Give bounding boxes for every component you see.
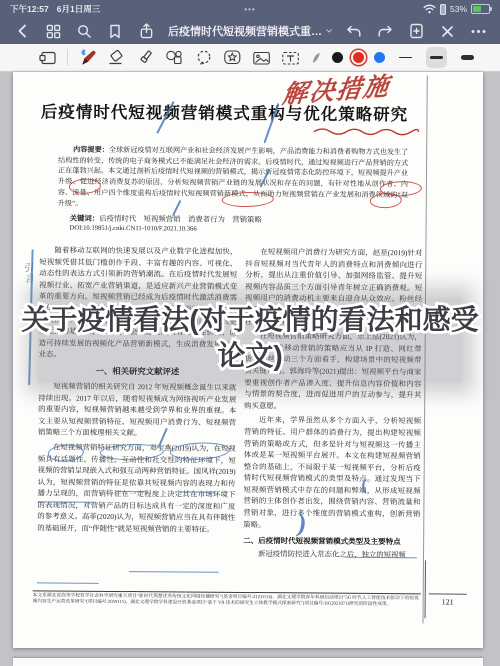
sticker-tool[interactable] <box>223 48 242 68</box>
status-bar: 下午12:57 6月1日周三 ••• 53% <box>0 0 500 18</box>
status-right: 53% <box>423 3 490 15</box>
back-button[interactable] <box>13 22 31 40</box>
paper-title: 后疫情时代短视频营销模式重构与优化策略研究 <box>34 98 414 125</box>
more-button[interactable] <box>469 22 487 40</box>
right-paragraph-4: 新冠疫情防控进入常态化之后，独立的短视频 <box>243 548 420 561</box>
color-blue[interactable] <box>374 52 385 63</box>
right-paragraph-3: 近年来，学界虽然从多个方面入手，分析短视频营销的特征、用户群体的消费行为，提出构… <box>243 414 421 531</box>
color-black[interactable] <box>332 52 343 63</box>
text-tool[interactable] <box>281 48 300 68</box>
red-wavy-underline <box>312 127 420 137</box>
undo-button[interactable] <box>345 22 363 40</box>
toolbar-divider <box>67 49 68 66</box>
thumbnails-grid-button[interactable] <box>44 22 62 40</box>
battery-icon <box>471 4 490 14</box>
ipad-screen: 下午12:57 6月1日周三 ••• 53% 后疫情 <box>0 0 500 666</box>
stroke-medium-selected[interactable] <box>426 47 447 68</box>
search-icon[interactable] <box>75 22 93 40</box>
bookmark-button[interactable] <box>106 22 124 40</box>
pen-tool[interactable] <box>78 48 97 68</box>
wifi-icon <box>423 3 436 15</box>
nib-angle-indicator[interactable] <box>310 48 322 68</box>
keywords-text: 后疫情时代 短视频营销 消费者行为 营销策略 <box>99 214 262 224</box>
redo-button[interactable] <box>376 22 394 40</box>
abstract-text: 全球新冠疫情对互联网产业和社会经济发展产生影响，产品消费能力和消费者购物方式也发… <box>58 146 408 207</box>
highlighter-tool[interactable] <box>136 48 155 68</box>
chevron-down-icon <box>326 28 332 34</box>
lasso-tool[interactable] <box>194 48 213 68</box>
document-canvas[interactable]: 解决措施 引言 后疫情时代短视频营销模式重构与优化策略研究 内容提要：全球新冠疫… <box>0 72 500 666</box>
section-heading-2: 二、后疫情时代短视频营销模式类型及主要特点 <box>243 535 420 547</box>
navigation-toolbar: 后疫情时代短视频营销模式重构与优化策略研究 <box>0 18 500 44</box>
keywords-label: 关键词： <box>70 214 100 223</box>
annotation-toolbar <box>0 44 500 72</box>
page-number: 121 <box>431 597 465 606</box>
document-title-button[interactable]: 后疫情时代短视频营销模式重构与优化策略研究 <box>168 23 332 39</box>
page-panel-icon[interactable] <box>38 48 57 68</box>
left-paragraph-3: 在短视频营销特征研究方面，邓宇燕(2019)认为，在短视频具有话题性、传播性、互… <box>37 441 236 535</box>
abstract-paragraph: 内容提要：全球新冠疫情对互联网产业和社会经济发展产生影响，产品消费能力和消费者购… <box>58 145 408 212</box>
shapes-tool[interactable] <box>165 48 184 68</box>
stroke-thick[interactable] <box>457 47 478 68</box>
stroke-thin[interactable] <box>395 47 416 68</box>
add-page-button[interactable] <box>407 22 425 40</box>
overlay-caption: 关于疫情看法(对于疫情的看法和感受论文) <box>8 302 492 374</box>
next-page-edge <box>13 658 483 666</box>
keywords-line: 关键词：后疫情时代 短视频营销 消费者行为 营销策略 <box>70 213 262 226</box>
close-icon[interactable] <box>438 22 456 40</box>
eraser-tool[interactable] <box>107 48 126 68</box>
pencil-battery-icon <box>440 4 446 15</box>
image-tool[interactable] <box>252 48 271 68</box>
document-title: 后疫情时代短视频营销模式重构与优化策略研究 <box>168 23 322 39</box>
color-red-selected[interactable] <box>353 52 364 63</box>
abstract-label: 内容提要： <box>73 146 109 154</box>
doi-line: DOI:10.19851/j.cnki.CN11-1010/F.2021.10.… <box>70 225 197 233</box>
page-number-divider <box>425 560 426 618</box>
handwritten-margin-note: 引言 <box>18 262 35 285</box>
page-number-rule <box>429 593 467 594</box>
left-paragraph-2: 短视频营销的相关研究自 2012 年短视频概念诞生以来就持续出现。2017 年以… <box>38 380 236 440</box>
share-button[interactable] <box>137 22 155 40</box>
left-column: 随着移动互联网的快速发展以及产业数字化进程加快，短视频凭借其低门槛创作手段、丰富… <box>37 244 238 592</box>
footnote-text: 本文系湖北省高等学校哲学社会科学研究重大项目“新时代荆楚优秀传统文化网络传播研究… <box>33 593 419 608</box>
battery-percent: 53% <box>450 4 467 14</box>
